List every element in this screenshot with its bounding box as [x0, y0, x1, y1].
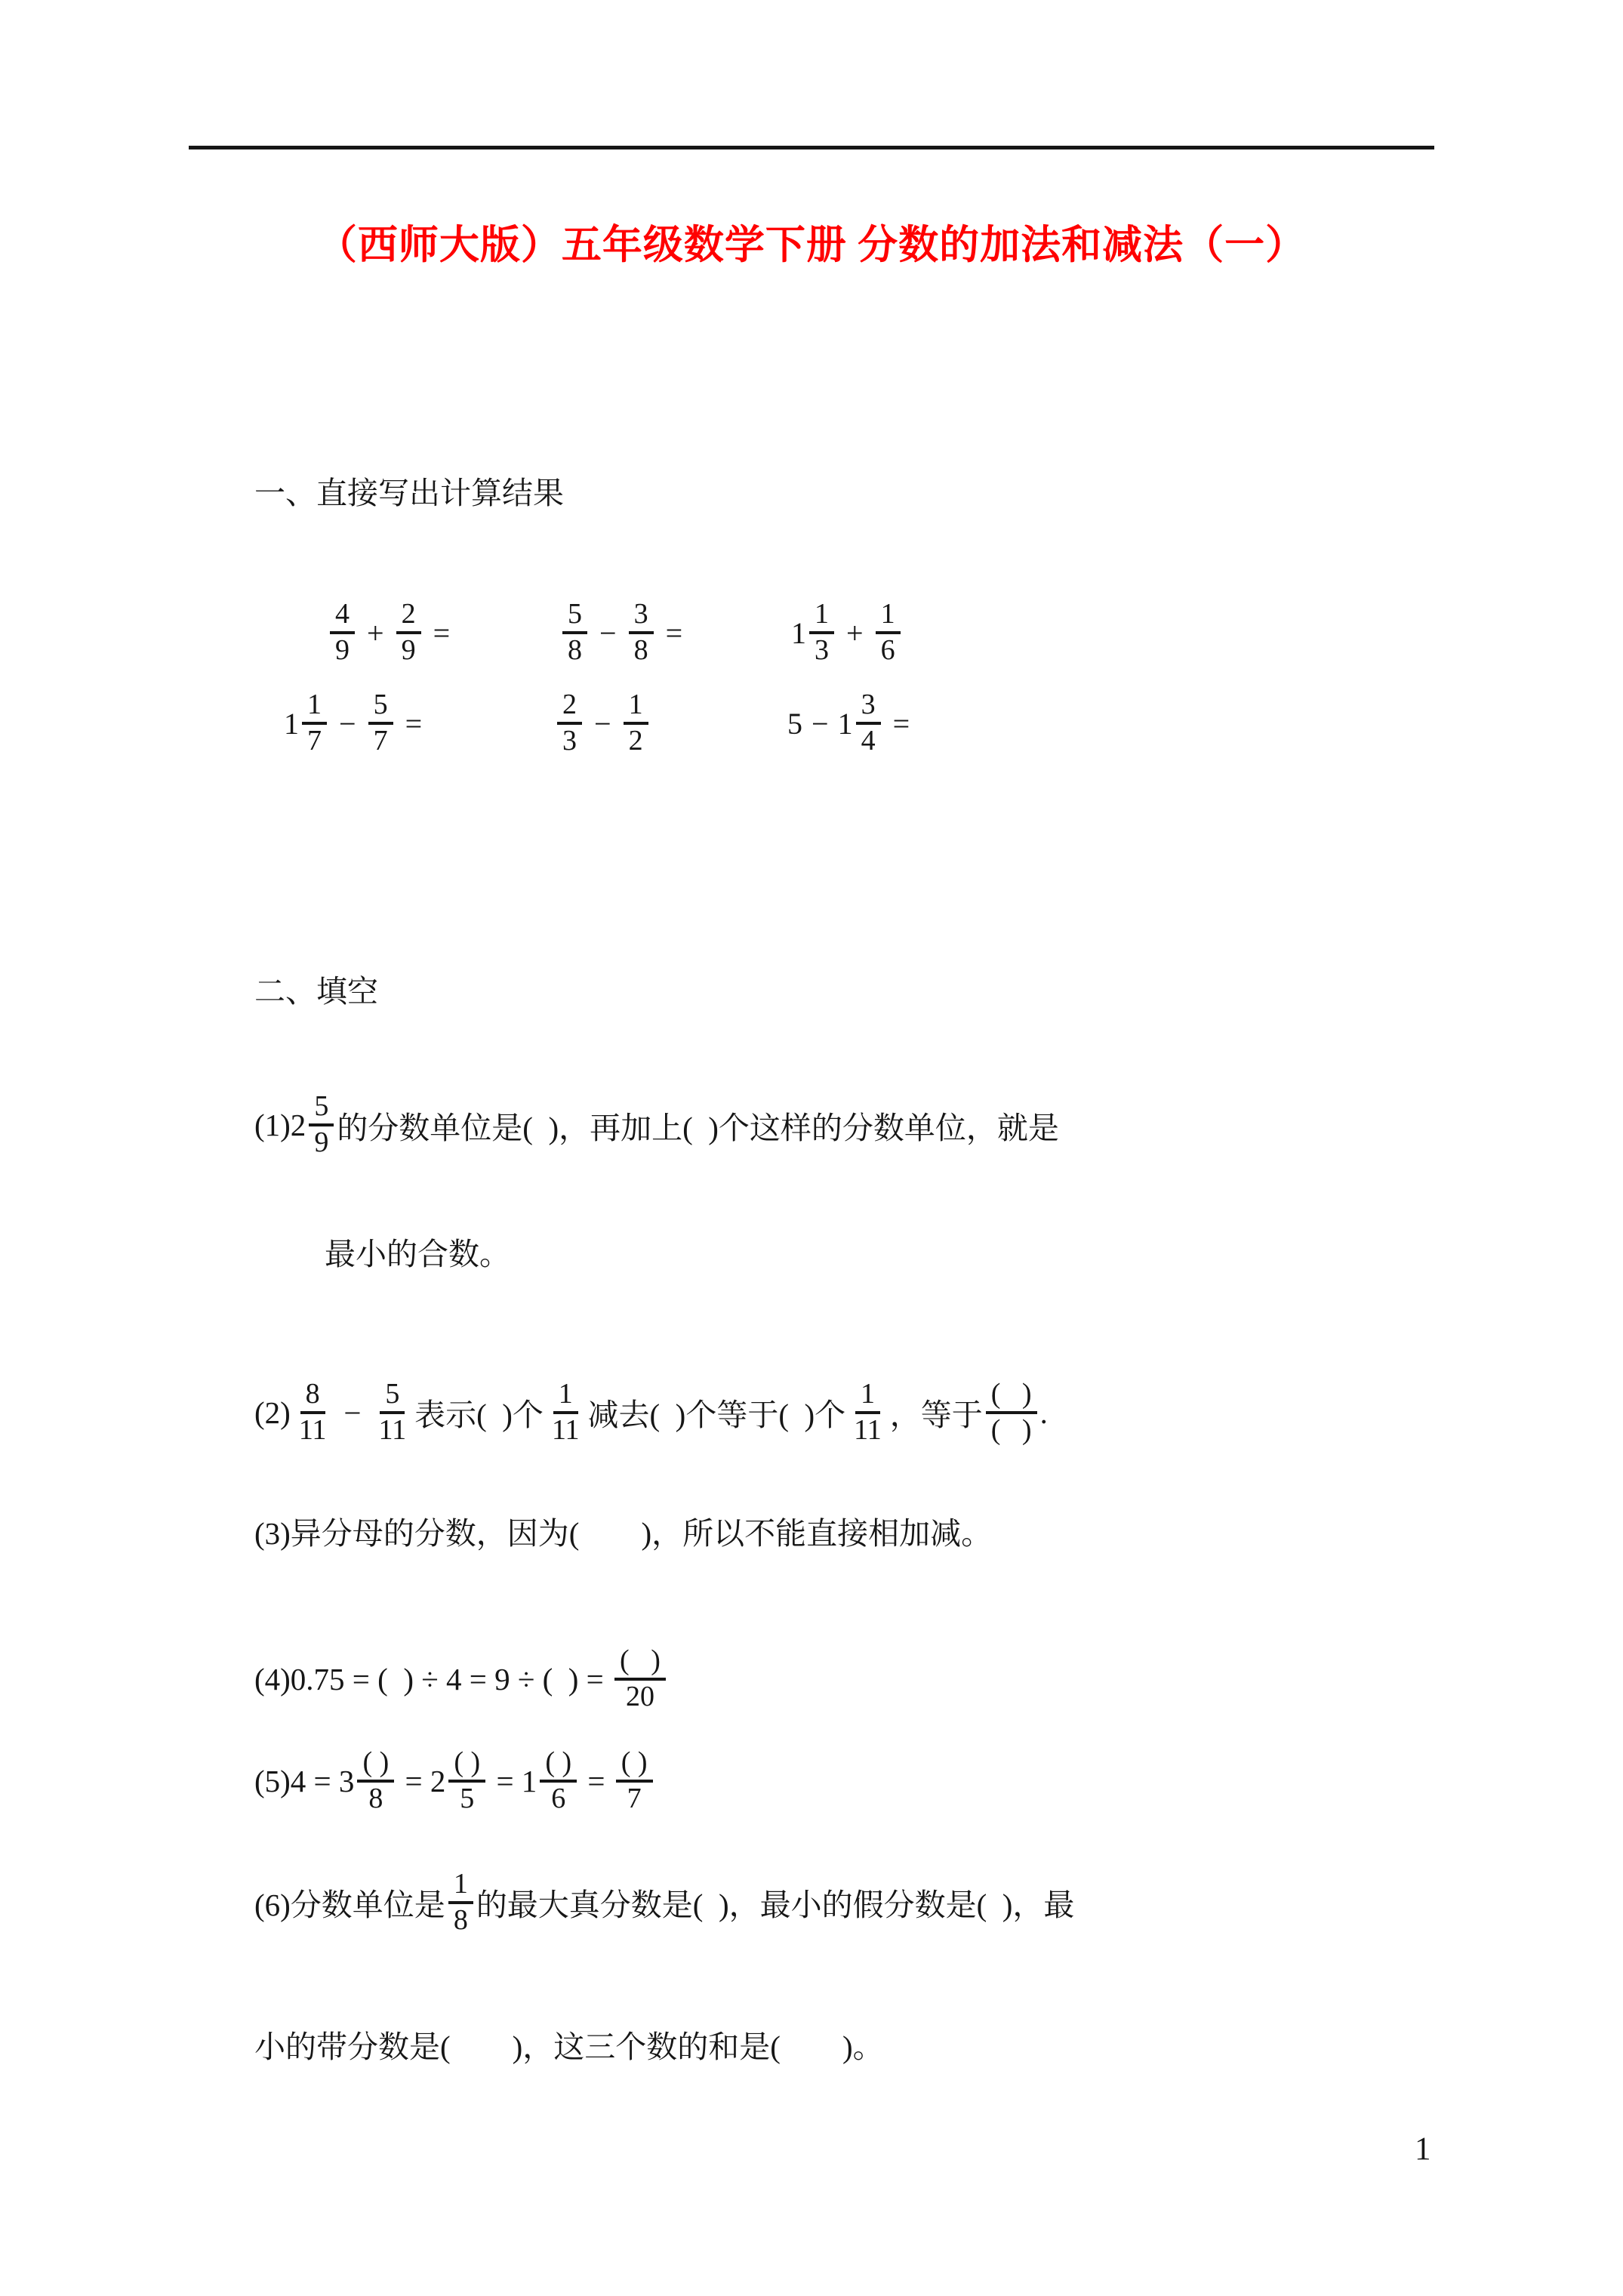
fraction-numerator: ( )	[448, 1746, 485, 1783]
fraction-numerator: 8	[300, 1378, 325, 1414]
exercise-4: 117−57=	[284, 681, 431, 766]
fraction: ( )20	[614, 1644, 666, 1713]
fraction-numerator: 1	[809, 598, 834, 634]
fraction-numerator: ( )	[986, 1378, 1037, 1414]
math-text: 1	[284, 706, 299, 741]
math-text: 1	[791, 615, 806, 651]
fraction: 29	[396, 598, 421, 667]
fraction-numerator: 5	[368, 689, 393, 725]
math-text: 的最大真分数是( )，最小的假分数是( )，最	[476, 1880, 1075, 1925]
math-text: 表示( )个	[414, 1390, 544, 1435]
fraction-denominator: 8	[363, 1783, 388, 1816]
math-operator: −	[594, 706, 611, 741]
fraction: ( )7	[616, 1746, 653, 1815]
worksheet-page: （西师大版）五年级数学下册 分数的加法和减法（一） 一、直接写出计算结果 49+…	[0, 0, 1623, 2296]
fraction: 811	[294, 1378, 332, 1447]
fraction: ( )5	[448, 1746, 485, 1815]
fraction: 111	[547, 1378, 585, 1447]
math-operator: −	[599, 615, 617, 651]
fraction: 34	[856, 689, 881, 757]
math-text: 1	[838, 706, 853, 741]
problem-3: (3)异分母的分数，因为( )，所以不能直接相加减。	[254, 1509, 992, 1553]
fraction-numerator: ( )	[614, 1644, 666, 1681]
math-text: =	[580, 1763, 613, 1799]
page-title: （西师大版）五年级数学下册 分数的加法和减法（一）	[0, 213, 1623, 270]
fraction-denominator: 6	[876, 634, 901, 667]
fraction: 13	[809, 598, 834, 667]
math-text: (6)分数单位是	[254, 1880, 445, 1925]
fraction: 12	[624, 689, 648, 757]
fraction-denominator: 8	[448, 1904, 473, 1937]
fraction-numerator: 5	[309, 1090, 334, 1126]
problem-4: (4)0.75 = ( ) ÷ 4 = 9 ÷ ( ) = ( )20	[254, 1629, 669, 1729]
fraction-denominator: 5	[454, 1783, 479, 1816]
fraction: ( )6	[540, 1746, 577, 1815]
fraction-denominator: 11	[848, 1414, 887, 1447]
fraction: 57	[368, 689, 393, 757]
math-text: (5)4 = 3	[254, 1763, 354, 1799]
math-operator: −	[339, 706, 356, 741]
problem-1: (1)259的分数单位是( )，再加上( )个这样的分数单位，就是	[254, 1078, 1059, 1172]
fraction-denominator: 2	[624, 725, 648, 758]
math-text: 减去( )个等于( )个	[588, 1390, 846, 1435]
fraction-denominator: 7	[622, 1783, 647, 1816]
exercise-6: 5−134=	[787, 681, 919, 766]
fraction-numerator: 1	[448, 1868, 473, 1904]
math-text: (4)0.75 = ( ) ÷ 4 = 9 ÷ ( ) =	[254, 1661, 611, 1697]
fraction-numerator: 5	[380, 1378, 405, 1414]
fraction-numerator: ( )	[616, 1746, 653, 1783]
fraction-numerator: ( )	[540, 1746, 577, 1783]
math-text: 5	[787, 706, 802, 741]
math-text: = 1	[488, 1763, 537, 1799]
fraction: ( )( )	[986, 1378, 1037, 1447]
fraction-denominator: 8	[629, 634, 654, 667]
fraction-denominator: ( )	[986, 1414, 1037, 1447]
section-one-heading: 一、直接写出计算结果	[254, 468, 564, 513]
math-operator: =	[433, 615, 451, 651]
fraction-numerator: 5	[562, 598, 587, 634]
fraction-denominator: 20	[621, 1681, 660, 1714]
fraction: 18	[448, 1868, 473, 1937]
fraction-denominator: 11	[294, 1414, 332, 1447]
math-text: ，等于	[890, 1390, 983, 1435]
fraction-numerator: 1	[553, 1378, 578, 1414]
fraction: 23	[557, 689, 582, 757]
header-rule	[189, 146, 1434, 149]
page-number: 1	[1415, 2131, 1431, 2168]
exercise-2: 58−38=	[559, 590, 691, 675]
fraction-numerator: 2	[396, 598, 421, 634]
math-operator: +	[367, 615, 384, 651]
math-text: (1)2	[254, 1107, 306, 1143]
fraction: 49	[330, 598, 355, 667]
fraction-denominator: 9	[309, 1126, 334, 1160]
math-operator: +	[846, 615, 864, 651]
exercise-5: 23−12	[554, 681, 651, 766]
fraction: 16	[876, 598, 901, 667]
fraction: 58	[562, 598, 587, 667]
math-operator: −	[811, 706, 829, 741]
fraction-numerator: 2	[557, 689, 582, 725]
fraction-denominator: 9	[396, 634, 421, 667]
fraction-denominator: 11	[374, 1414, 412, 1447]
exercise-1: 49+29=	[327, 590, 459, 675]
math-text: 的分数单位是( )，再加上( )个这样的分数单位，就是	[337, 1103, 1059, 1148]
fraction-denominator: 3	[557, 725, 582, 758]
fraction-numerator: 1	[876, 598, 901, 634]
problem-6-continuation: 小的带分数是( )，这三个数的和是( )。	[254, 2022, 884, 2066]
fraction-numerator: 1	[855, 1378, 880, 1414]
problem-6: (6)分数单位是18的最大真分数是( )，最小的假分数是( )，最	[254, 1851, 1074, 1953]
fraction: ( )8	[357, 1746, 394, 1815]
math-operator: =	[893, 706, 910, 741]
exercise-3: 113+16	[791, 590, 904, 675]
fraction-denominator: 7	[368, 725, 393, 758]
fraction-numerator: 3	[856, 689, 881, 725]
fraction: 59	[309, 1090, 334, 1159]
math-operator: −	[343, 1395, 361, 1431]
math-text: .	[1040, 1395, 1048, 1431]
fraction-numerator: 1	[302, 689, 327, 725]
fraction-numerator: ( )	[357, 1746, 394, 1783]
fraction-denominator: 8	[562, 634, 587, 667]
problem-1-continuation: 最小的合数。	[325, 1229, 510, 1274]
fraction-denominator: 6	[546, 1783, 571, 1816]
problem-2: (2)811−511表示( )个111减去( )个等于( )个111，等于( )…	[254, 1358, 1048, 1467]
fraction: 38	[629, 598, 654, 667]
fraction-numerator: 4	[330, 598, 355, 634]
fraction-denominator: 7	[302, 725, 327, 758]
fraction: 17	[302, 689, 327, 757]
problem-5: (5)4 = 3( )8 = 2( )5 = 1( )6 = ( )7	[254, 1731, 656, 1831]
fraction-denominator: 3	[809, 634, 834, 667]
fraction-numerator: 1	[624, 689, 648, 725]
fraction-denominator: 11	[547, 1414, 585, 1447]
fraction-denominator: 9	[330, 634, 355, 667]
math-operator: =	[405, 706, 423, 741]
section-two-heading: 二、填空	[254, 966, 378, 1011]
math-text: (2)	[254, 1395, 291, 1431]
math-operator: =	[666, 615, 683, 651]
fraction: 111	[848, 1378, 887, 1447]
fraction: 511	[374, 1378, 412, 1447]
math-text: = 2	[397, 1763, 445, 1799]
fraction-denominator: 4	[856, 725, 881, 758]
fraction-numerator: 3	[629, 598, 654, 634]
